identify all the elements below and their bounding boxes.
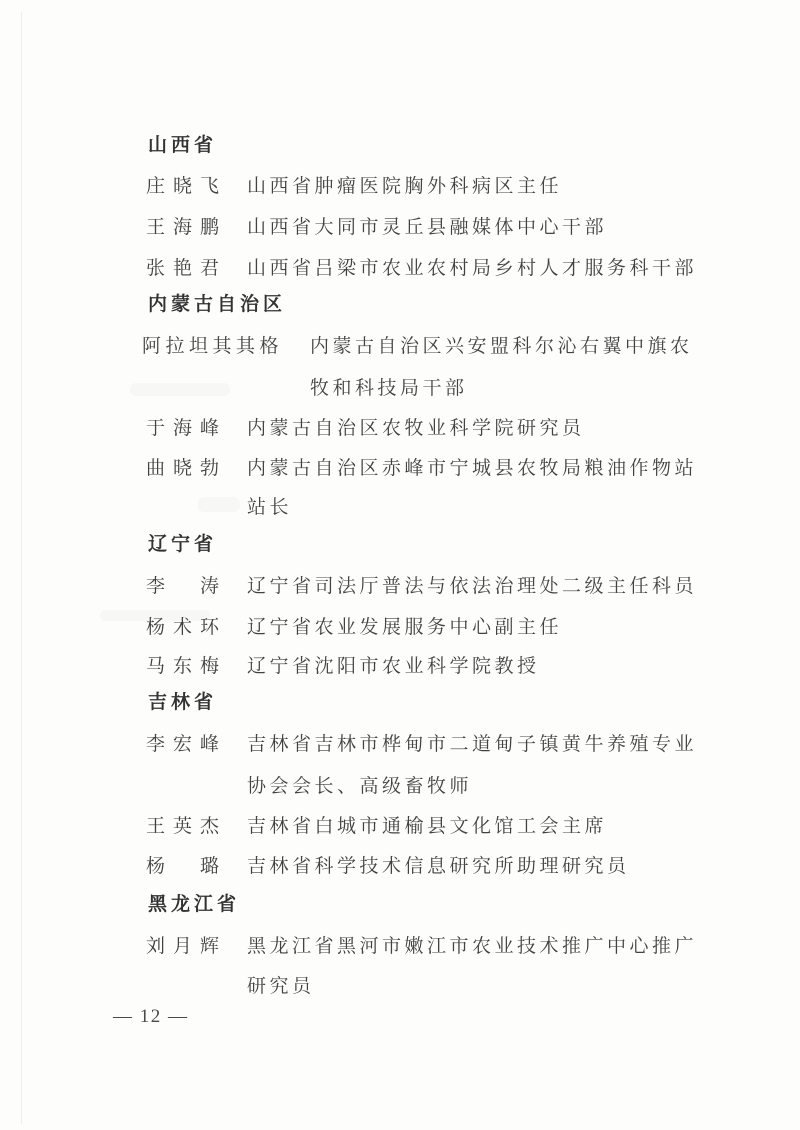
- person-title-continued: 站长: [247, 494, 292, 522]
- title-wrap-line: 研究员: [0, 973, 800, 1001]
- person-title: 内蒙古自治区兴安盟科尔沁右翼中旗农: [310, 333, 693, 361]
- province-heading-heilongjiang: 黑龙江省: [148, 891, 788, 919]
- page-number: — 12 —: [113, 1003, 800, 1031]
- person-title: 内蒙古自治区农牧业科学院研究员: [247, 415, 585, 443]
- person-row: 王英杰 吉林省白城市通榆县文化馆工会主席: [0, 813, 800, 841]
- person-title: 辽宁省农业发展服务中心副主任: [247, 614, 562, 642]
- person-name: 曲晓勃: [146, 455, 219, 483]
- person-name: 王英杰: [146, 813, 219, 841]
- person-title: 辽宁省司法厅普法与依法治理处二级主任科员: [247, 573, 697, 601]
- person-title-continued: 研究员: [247, 973, 315, 1001]
- person-row: 阿拉坦其其格 内蒙古自治区兴安盟科尔沁右翼中旗农: [0, 333, 800, 361]
- person-name: 张艳君: [146, 255, 219, 283]
- person-row: 庄晓飞 山西省肿瘤医院胸外科病区主任: [0, 173, 800, 201]
- person-title: 黑龙江省黑河市嫩江市农业技术推广中心推广: [247, 933, 697, 961]
- person-name: 阿拉坦其其格: [142, 333, 283, 361]
- person-name: 杨璐: [146, 853, 219, 881]
- person-name: 刘月辉: [146, 933, 219, 961]
- person-row: 于海峰 内蒙古自治区农牧业科学院研究员: [0, 415, 800, 443]
- person-name: 李涛: [146, 573, 219, 601]
- person-row: 刘月辉 黑龙江省黑河市嫩江市农业技术推广中心推广: [0, 933, 800, 961]
- person-title: 内蒙古自治区赤峰市宁城县农牧局粮油作物站: [247, 455, 697, 483]
- person-title: 山西省肿瘤医院胸外科病区主任: [247, 173, 562, 201]
- person-title-continued: 牧和科技局干部: [310, 375, 468, 403]
- person-row: 张艳君 山西省吕梁市农业农村局乡村人才服务科干部: [0, 255, 800, 283]
- person-row: 杨术环 辽宁省农业发展服务中心副主任: [0, 614, 800, 642]
- person-row: 王海鹏 山西省大同市灵丘县融媒体中心干部: [0, 214, 800, 242]
- person-row: 李宏峰 吉林省吉林市桦甸市二道甸子镇黄牛养殖专业: [0, 731, 800, 759]
- person-name: 庄晓飞: [146, 173, 219, 201]
- person-title: 吉林省白城市通榆县文化馆工会主席: [247, 813, 607, 841]
- person-name: 李宏峰: [146, 731, 219, 759]
- person-name: 马东梅: [146, 653, 219, 681]
- person-name: 杨术环: [146, 614, 219, 642]
- person-name: 王海鹏: [146, 214, 219, 242]
- person-title: 山西省大同市灵丘县融媒体中心干部: [247, 214, 607, 242]
- person-row: 马东梅 辽宁省沈阳市农业科学院教授: [0, 653, 800, 681]
- province-heading-shanxi: 山西省: [148, 132, 788, 160]
- person-title: 吉林省吉林市桦甸市二道甸子镇黄牛养殖专业: [247, 731, 697, 759]
- person-name: 于海峰: [146, 415, 219, 443]
- province-heading-jilin: 吉林省: [148, 689, 788, 717]
- person-row: 杨璐 吉林省科学技术信息研究所助理研究员: [0, 853, 800, 881]
- title-wrap-line: 站长: [0, 494, 800, 522]
- person-title: 辽宁省沈阳市农业科学院教授: [247, 653, 540, 681]
- province-heading-neimenggu: 内蒙古自治区: [148, 291, 788, 319]
- person-title: 山西省吕梁市农业农村局乡村人才服务科干部: [247, 255, 697, 283]
- person-title-continued: 协会会长、高级畜牧师: [247, 773, 472, 801]
- person-row: 曲晓勃 内蒙古自治区赤峰市宁城县农牧局粮油作物站: [0, 455, 800, 483]
- province-heading-liaoning: 辽宁省: [148, 531, 788, 559]
- person-title: 吉林省科学技术信息研究所助理研究员: [247, 853, 630, 881]
- title-wrap-line: 协会会长、高级畜牧师: [0, 773, 800, 801]
- title-wrap-line: 牧和科技局干部: [0, 375, 800, 403]
- document-page: 山西省 庄晓飞 山西省肿瘤医院胸外科病区主任 王海鹏 山西省大同市灵丘县融媒体中…: [0, 0, 800, 1130]
- person-row: 李涛 辽宁省司法厅普法与依法治理处二级主任科员: [0, 573, 800, 601]
